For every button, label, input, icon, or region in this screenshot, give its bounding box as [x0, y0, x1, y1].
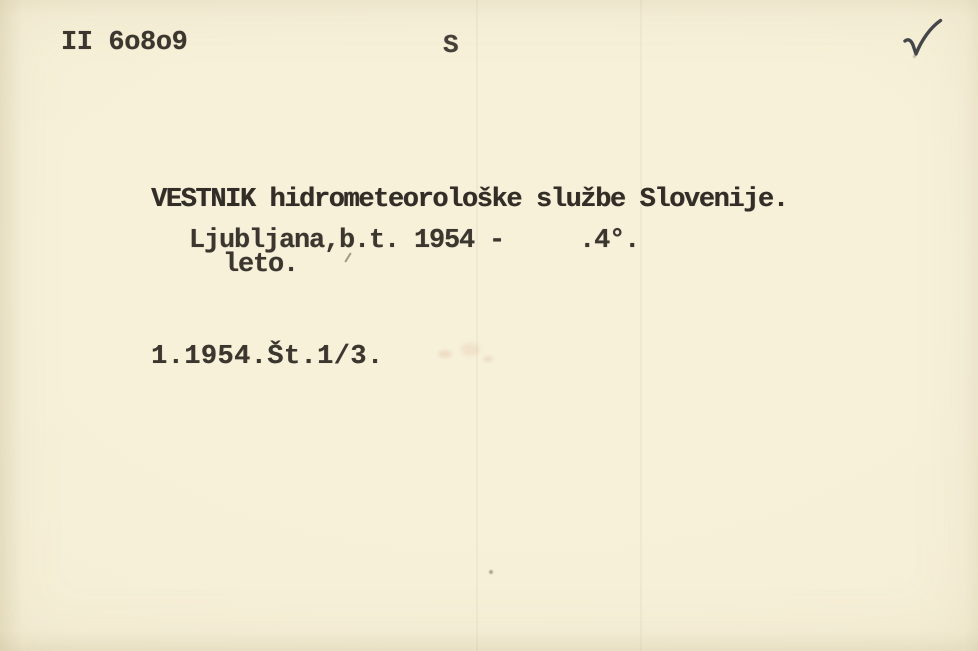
holdings-statement: 1.1954.Št.1/3.: [151, 344, 383, 371]
section-letter: S: [443, 32, 457, 58]
paper-speck: [913, 55, 916, 58]
checkmark-icon: [898, 13, 950, 71]
scan-crease: [640, 0, 642, 651]
paper-stain: [438, 350, 452, 358]
scan-crease: [476, 0, 478, 651]
call-number: II 6o8o9: [61, 30, 187, 57]
title: VESTNIK hidrometeorološke službe Sloveni…: [151, 187, 788, 214]
imprint-continuation: leto.: [223, 252, 298, 279]
paper-stain: [483, 356, 493, 362]
paper-speck: [489, 570, 493, 574]
catalog-card: II 6o8o9 S VESTNIK hidrometeorološke slu…: [0, 0, 978, 651]
